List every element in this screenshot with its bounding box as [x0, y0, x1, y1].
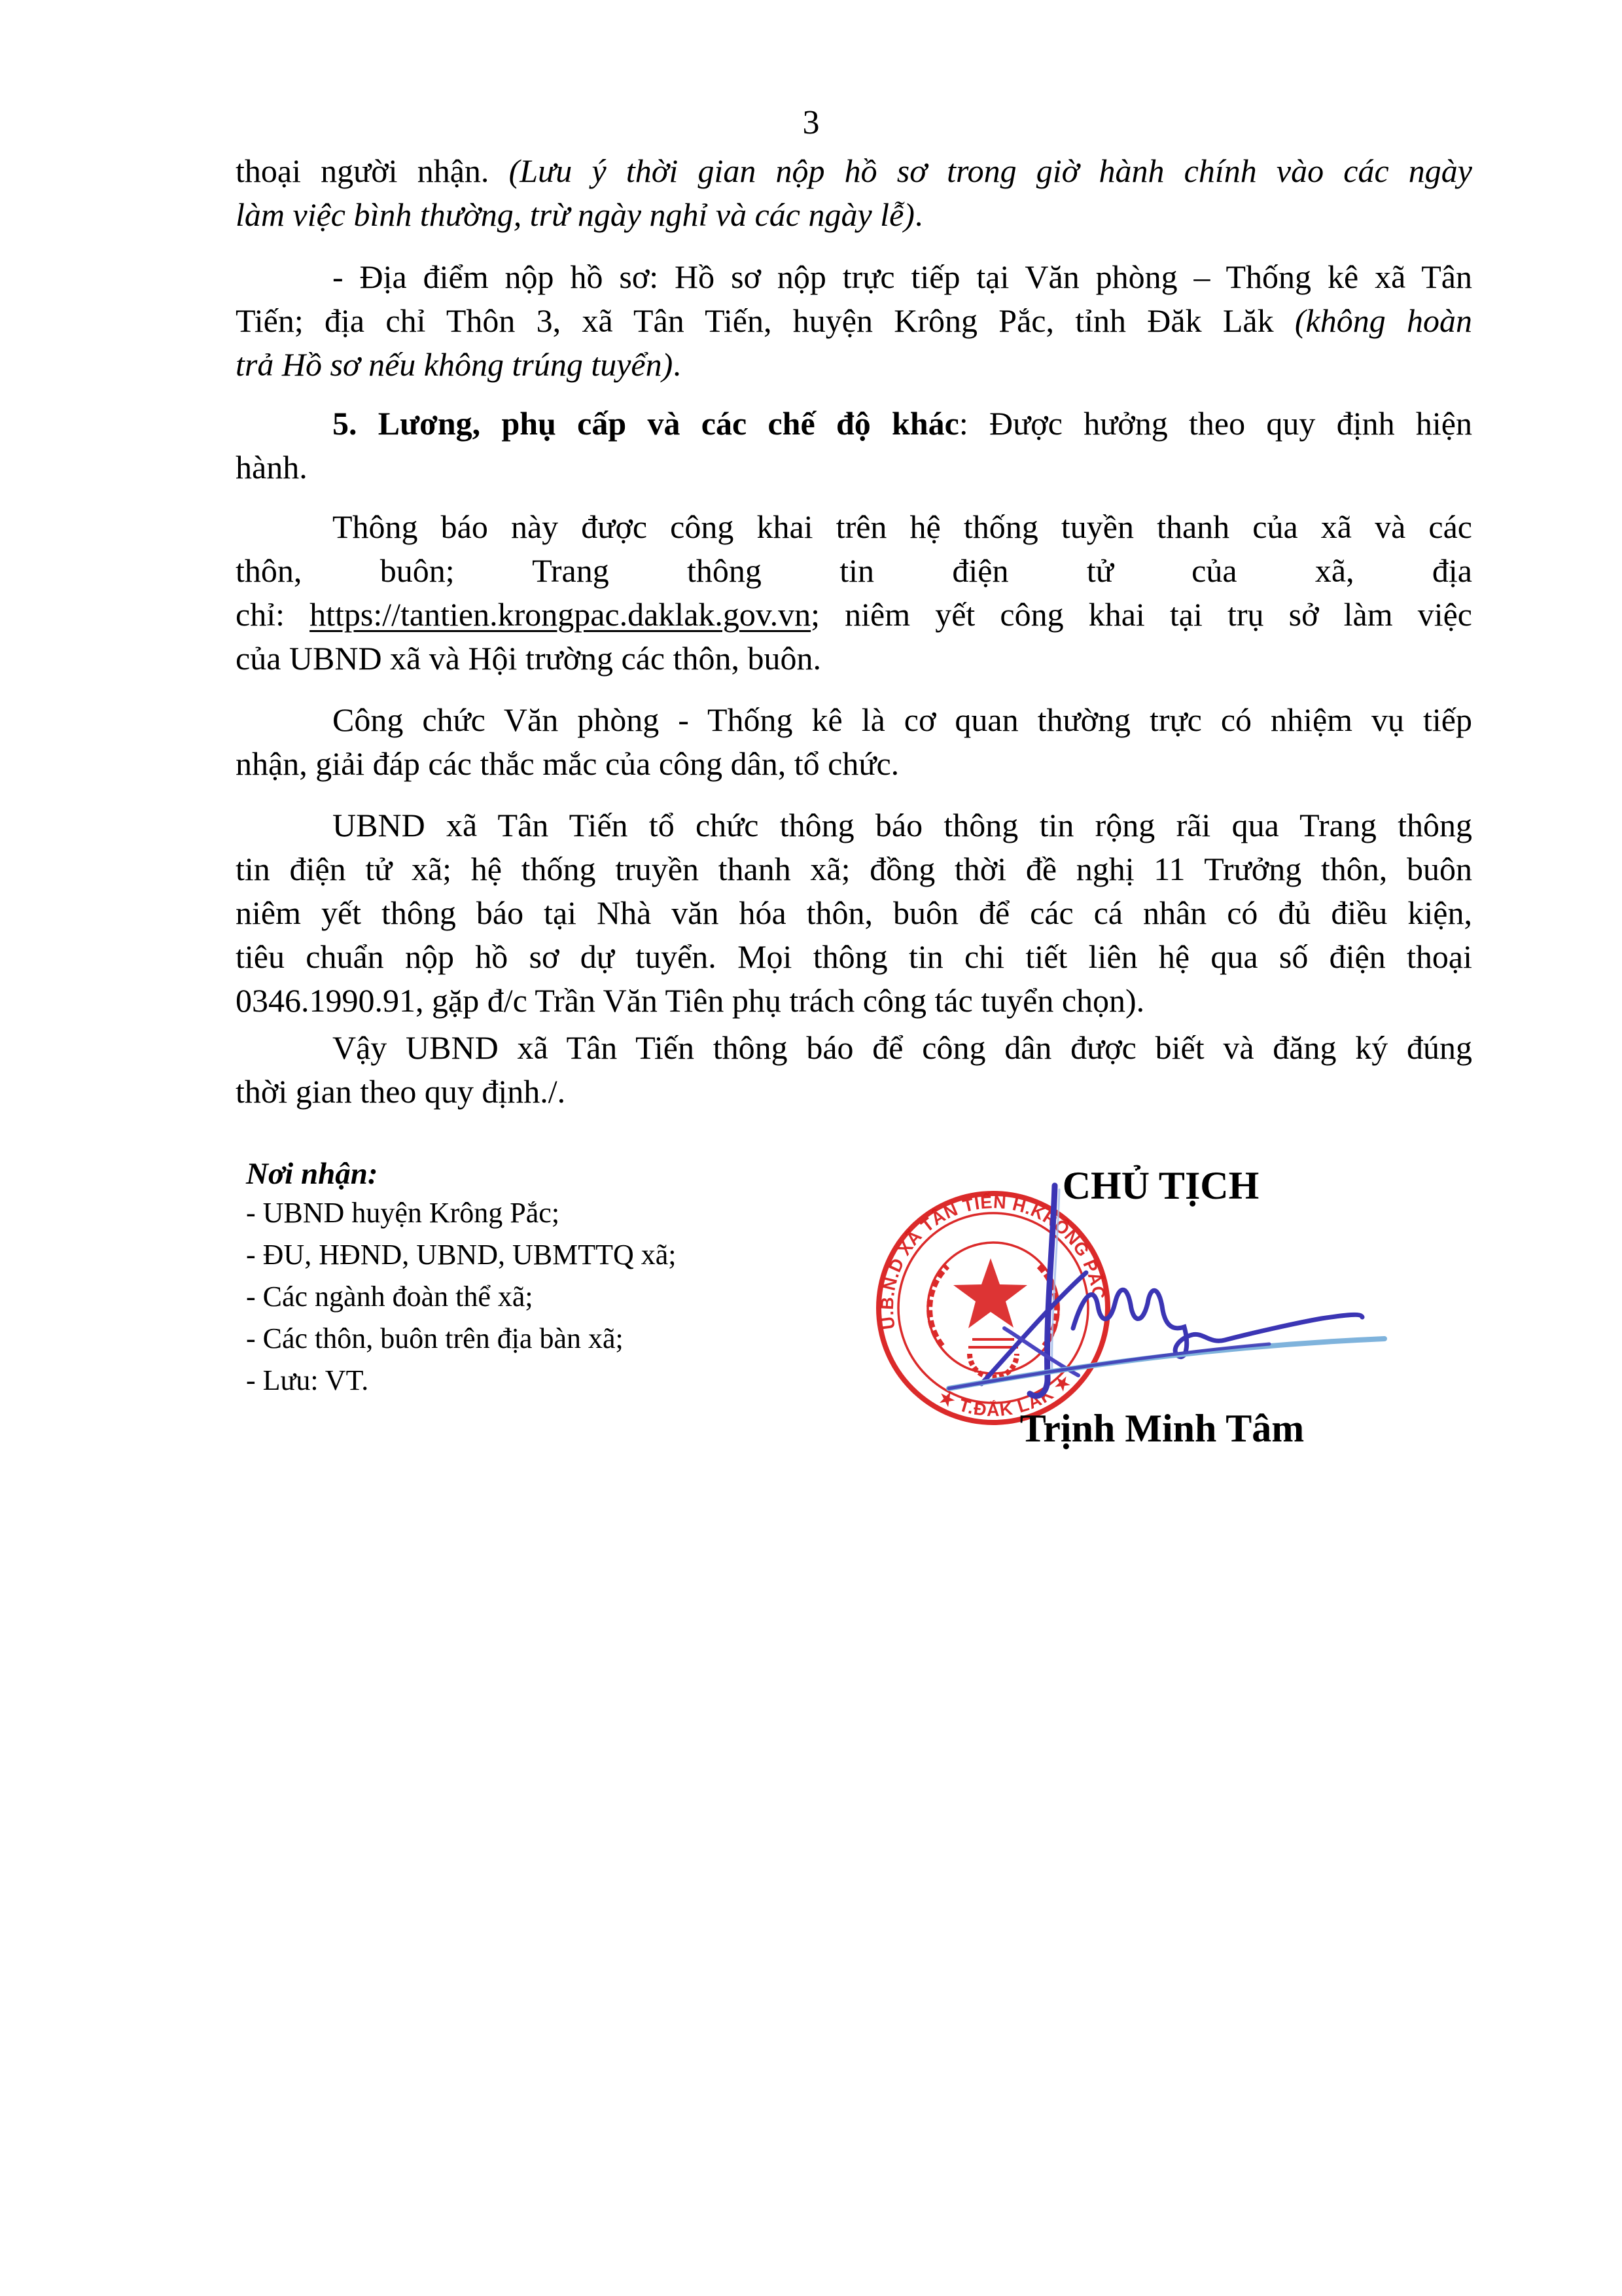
signature — [929, 1178, 1400, 1413]
text-segment-bold: 5. Lương, phụ cấp và các chế độ khác — [332, 405, 959, 442]
text-segment: Vậy UBND xã Tân Tiến thông báo để công d… — [332, 1029, 1472, 1066]
text-segment: tiêu chuẩn nộp hồ sơ dự tuyển. Mọi thông… — [236, 938, 1472, 975]
text-line: 0346.1990.91, gặp đ/c Trần Văn Tiên phụ … — [236, 979, 1472, 1023]
text-line: Công chức Văn phòng - Thống kê là cơ qua… — [236, 698, 1472, 742]
text-segment: UBND xã Tân Tiến tổ chức thông báo thông… — [332, 807, 1472, 843]
recipients-block: Nơi nhận: - UBND huyện Krông Pắc; - ĐU, … — [246, 1156, 835, 1402]
text-line: nhận, giải đáp các thắc mắc của công dân… — [236, 742, 1472, 786]
text-line: thoại người nhận. (Lưu ý thời gian nộp h… — [236, 149, 1472, 193]
text-line: trả Hồ sơ nếu không trúng tuyển). — [236, 343, 1472, 387]
text-segment: thời gian theo quy định./. — [236, 1073, 565, 1110]
text-line: Vậy UBND xã Tân Tiến thông báo để công d… — [236, 1026, 1472, 1070]
text-line: làm việc bình thường, trừ ngày nghỉ và c… — [236, 193, 1472, 237]
text-line: UBND xã Tân Tiến tổ chức thông báo thông… — [236, 804, 1472, 847]
text-segment: hành. — [236, 449, 308, 486]
text-segment: 0346.1990.91, gặp đ/c Trần Văn Tiên phụ … — [236, 982, 1144, 1019]
paragraph-3: 5. Lương, phụ cấp và các chế độ khác: Đư… — [236, 402, 1472, 489]
text-segment: nhận, giải đáp các thắc mắc của công dân… — [236, 745, 899, 782]
text-segment: chỉ: — [236, 596, 309, 633]
paragraph-6: UBND xã Tân Tiến tổ chức thông báo thông… — [236, 804, 1472, 1023]
paragraph-7: Vậy UBND xã Tân Tiến thông báo để công d… — [236, 1026, 1472, 1114]
signature-vertical-stroke — [1030, 1186, 1055, 1396]
text-segment: Công chức Văn phòng - Thống kê là cơ qua… — [332, 701, 1472, 738]
text-line: 5. Lương, phụ cấp và các chế độ khác: Đư… — [236, 402, 1472, 446]
text-segment: - Địa điểm nộp hồ sơ: Hồ sơ nộp trực tiế… — [332, 258, 1472, 295]
text-segment: thoại người nhận. — [236, 152, 509, 189]
text-line: tin điện tử xã; hệ thống truyền thanh xã… — [236, 847, 1472, 891]
text-segment: của UBND xã và Hội trường các thôn, buôn… — [236, 640, 821, 677]
recipient-item: - ĐU, HĐND, UBND, UBMTTQ xã; — [246, 1234, 835, 1276]
recipient-item: - UBND huyện Krông Pắc; — [246, 1192, 835, 1234]
text-line: - Địa điểm nộp hồ sơ: Hồ sơ nộp trực tiế… — [236, 255, 1472, 299]
text-segment: thôn, buôn; Trang thông tin điện tử của … — [236, 552, 1472, 589]
text-line: hành. — [236, 446, 1472, 489]
text-segment-italic: (không hoàn — [1295, 302, 1472, 339]
page-number: 3 — [0, 103, 1622, 143]
text-line: Thông báo này được công khai trên hệ thố… — [236, 505, 1472, 549]
paragraph-4: Thông báo này được công khai trên hệ thố… — [236, 505, 1472, 680]
recipient-item: - Các thôn, buôn trên địa bàn xã; — [246, 1318, 835, 1360]
text-segment: . — [673, 346, 681, 383]
text-segment: . — [915, 196, 923, 233]
text-line: của UBND xã và Hội trường các thôn, buôn… — [236, 637, 1472, 680]
text-segment-italic: trả Hồ sơ nếu không trúng tuyển) — [236, 346, 673, 383]
text-line: chỉ: https://tantien.krongpac.daklak.gov… — [236, 593, 1472, 637]
paragraph-1: thoại người nhận. (Lưu ý thời gian nộp h… — [236, 149, 1472, 237]
text-line: thời gian theo quy định./. — [236, 1070, 1472, 1114]
text-segment: ; niêm yết công khai tại trụ sở làm việc — [811, 596, 1472, 633]
text-segment: : Được hưởng theo quy định hiện — [959, 405, 1472, 442]
paragraph-2: - Địa điểm nộp hồ sơ: Hồ sơ nộp trực tiế… — [236, 255, 1472, 387]
signer-name: Trịnh Minh Tâm — [998, 1407, 1326, 1449]
text-segment: Thông báo này được công khai trên hệ thố… — [332, 508, 1472, 545]
recipients-label: Nơi nhận: — [246, 1156, 835, 1192]
text-line: tiêu chuẩn nộp hồ sơ dự tuyển. Mọi thông… — [236, 935, 1472, 979]
recipient-item: - Lưu: VT. — [246, 1360, 835, 1402]
text-segment: tin điện tử xã; hệ thống truyền thanh xã… — [236, 851, 1472, 887]
recipient-item: - Các ngành đoàn thể xã; — [246, 1276, 835, 1318]
text-segment-italic: (Lưu ý thời gian nộp hồ sơ trong giờ hàn… — [509, 152, 1472, 189]
text-line: niêm yết thông báo tại Nhà văn hóa thôn,… — [236, 891, 1472, 935]
text-segment: niêm yết thông báo tại Nhà văn hóa thôn,… — [236, 894, 1472, 931]
text-line: thôn, buôn; Trang thông tin điện tử của … — [236, 549, 1472, 593]
paragraph-5: Công chức Văn phòng - Thống kê là cơ qua… — [236, 698, 1472, 786]
signature-loops — [1073, 1290, 1362, 1356]
document-page: 3 thoại người nhận. (Lưu ý thời gian nộp… — [0, 0, 1622, 2296]
text-segment: Tiến; địa chỉ Thôn 3, xã Tân Tiến, huyện… — [236, 302, 1295, 339]
url-link[interactable]: https://tantien.krongpac.daklak.gov.vn — [309, 596, 811, 633]
text-line: Tiến; địa chỉ Thôn 3, xã Tân Tiến, huyện… — [236, 299, 1472, 343]
text-segment-italic: làm việc bình thường, trừ ngày nghỉ và c… — [236, 196, 915, 233]
